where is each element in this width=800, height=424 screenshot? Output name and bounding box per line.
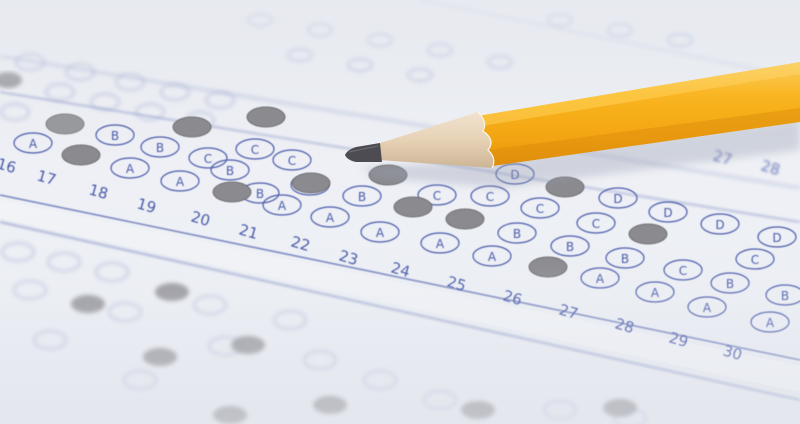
svg-text:C: C (592, 217, 600, 231)
svg-text:A: A (29, 137, 38, 151)
svg-text:A: A (376, 226, 385, 240)
svg-text:21: 21 (237, 221, 260, 244)
svg-text:C: C (679, 264, 687, 278)
svg-text:A: A (488, 250, 497, 264)
svg-text:18: 18 (87, 181, 110, 204)
svg-text:C: C (251, 143, 259, 157)
svg-text:B: B (781, 289, 789, 303)
svg-text:17: 17 (35, 167, 58, 190)
svg-text:B: B (256, 187, 264, 201)
svg-text:B: B (566, 240, 574, 254)
svg-text:C: C (486, 190, 494, 204)
svg-text:C: C (204, 152, 212, 166)
answer-sheet: A B B C C C A A B B A C A B A C A C A D … (0, 0, 800, 424)
svg-text:A: A (651, 286, 660, 300)
svg-text:B: B (111, 129, 119, 143)
svg-text:D: D (663, 206, 672, 220)
answer-sheet-photo: A B B C C C A A B B A C A B A C A C A D … (0, 0, 800, 424)
svg-text:D: D (772, 231, 781, 245)
svg-text:C: C (751, 253, 759, 267)
svg-text:24: 24 (389, 259, 412, 282)
svg-text:C: C (433, 189, 441, 203)
svg-text:28: 28 (759, 157, 782, 180)
svg-text:A: A (176, 175, 185, 189)
svg-text:16: 16 (0, 155, 18, 178)
svg-text:19: 19 (135, 195, 158, 218)
svg-text:D: D (613, 192, 622, 206)
svg-text:A: A (126, 162, 135, 176)
svg-text:B: B (621, 252, 629, 266)
svg-text:A: A (326, 211, 335, 225)
svg-text:B: B (513, 227, 521, 241)
svg-text:A: A (703, 301, 712, 315)
svg-text:C: C (536, 202, 544, 216)
svg-text:A: A (766, 316, 775, 330)
svg-text:22: 22 (289, 233, 312, 256)
svg-text:B: B (156, 141, 164, 155)
svg-text:20: 20 (189, 208, 212, 231)
svg-text:A: A (278, 199, 287, 213)
svg-text:C: C (288, 154, 296, 168)
svg-text:A: A (436, 237, 445, 251)
svg-text:B: B (726, 277, 734, 291)
svg-text:D: D (715, 218, 724, 232)
svg-text:A: A (596, 272, 605, 286)
svg-text:B: B (226, 164, 234, 178)
svg-text:B: B (358, 190, 366, 204)
